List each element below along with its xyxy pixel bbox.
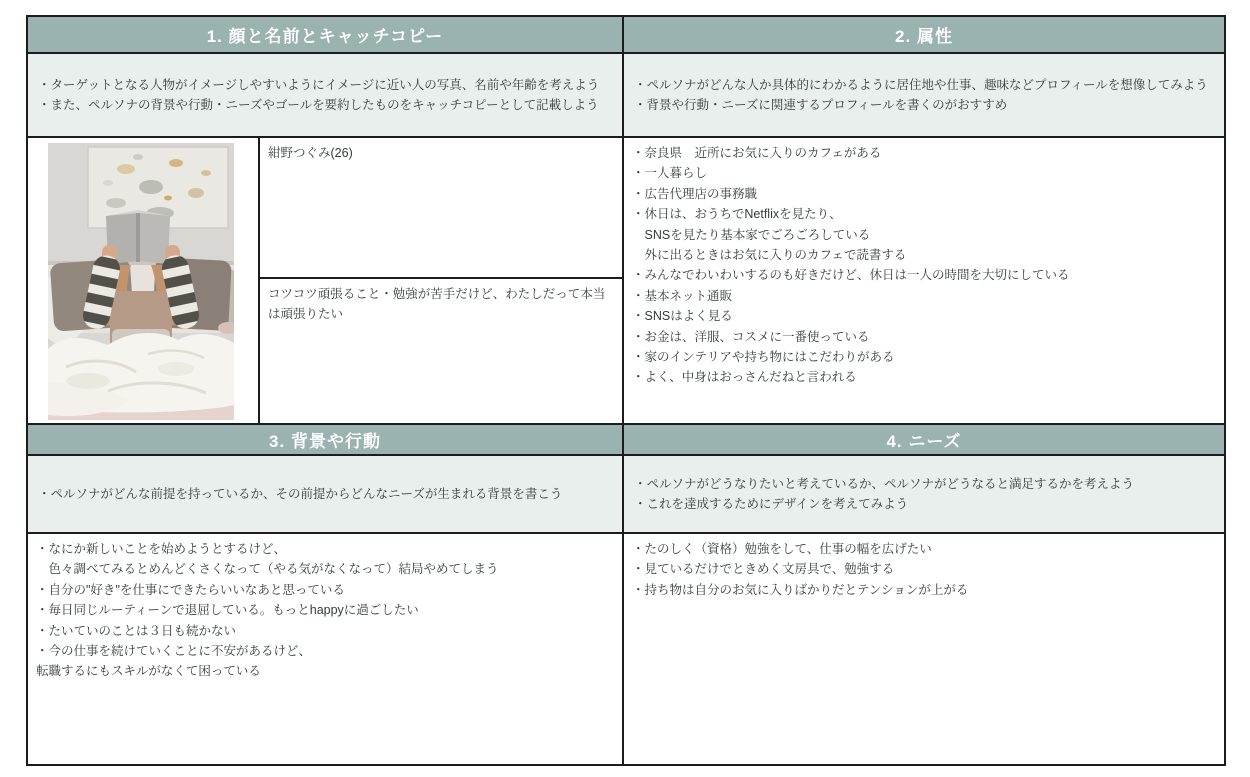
attributes-list-cell: ・奈良県 近所にお気に入りのカフェがある ・一人暮らし ・広告代理店の事務職 ・… bbox=[624, 138, 1224, 423]
section-2-title: 2. 属性 bbox=[895, 22, 953, 47]
section-3-guidance: ・ペルソナがどんな前提を持っているか、その前提からどんなニーズが生まれる背景を書… bbox=[28, 456, 622, 532]
background-list-cell: ・なにか新しいことを始めようとするけど、 色々調べてみるとめんどくさくなって（や… bbox=[28, 534, 622, 764]
section-4-title: 4. ニーズ bbox=[886, 427, 961, 452]
persona-catchcopy-cell: コツコツ頑張ること・勉強が苦手だけど、わたしだって本当は頑張りたい bbox=[260, 279, 622, 423]
section-4-guidance: ・ペルソナがどうなりたいと考えているか、ペルソナがどうなると満足するかを考えよう… bbox=[624, 456, 1224, 532]
persona-photo bbox=[48, 143, 234, 420]
section-1-title: 1. 顔と名前とキャッチコピー bbox=[207, 22, 444, 47]
section-1-header: 1. 顔と名前とキャッチコピー bbox=[28, 17, 622, 52]
face-name-cell-group: 紺野つぐみ(26) コツコツ頑張ること・勉強が苦手だけど、わたしだって本当は頑張… bbox=[28, 138, 622, 423]
needs-list-cell: ・たのしく（資格）勉強をして、仕事の幅を広げたい ・見ているだけでときめく文房具… bbox=[624, 534, 1224, 764]
section-1-guidance: ・ターゲットとなる人物がイメージしやすいようにイメージに近い人の写真、名前や年齢… bbox=[28, 54, 622, 136]
section-3-title: 3. 背景や行動 bbox=[269, 427, 381, 452]
persona-name-cell: 紺野つぐみ(26) bbox=[260, 138, 622, 277]
section-4-header: 4. ニーズ bbox=[624, 425, 1224, 454]
persona-template-table: 1. 顔と名前とキャッチコピー 2. 属性 ・ターゲットとなる人物がイメージしや… bbox=[26, 15, 1226, 766]
section-2-header: 2. 属性 bbox=[624, 17, 1224, 52]
persona-photo-cell bbox=[28, 138, 258, 423]
section-2-guidance: ・ペルソナがどんな人か具体的にわかるように居住地や仕事、趣味などプロフィールを想… bbox=[624, 54, 1224, 136]
section-3-header: 3. 背景や行動 bbox=[28, 425, 622, 454]
